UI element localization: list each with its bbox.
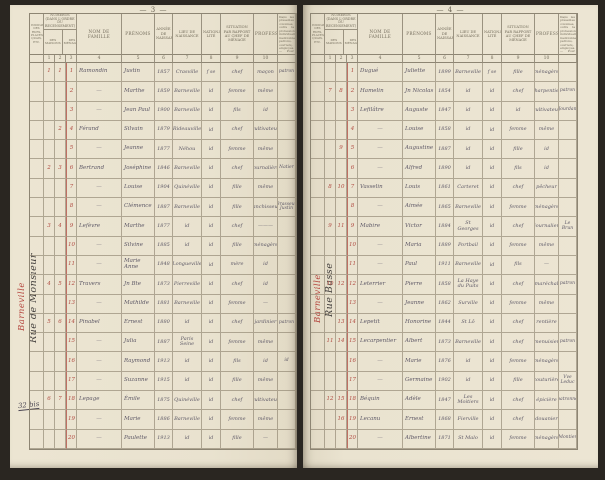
cell-prenoms: Paulette	[122, 430, 155, 449]
cell-nom: —	[358, 140, 403, 159]
header-cell-annee: Année de naissance	[436, 14, 454, 55]
cell-annee: 1877	[155, 217, 173, 236]
header-group-numeros-subcolumns: des maisonsdes ménagesdes individus	[44, 30, 76, 54]
cell-prenoms: Pierre	[403, 275, 436, 294]
cell-nom: —	[77, 333, 122, 352]
cell-profession: id	[254, 275, 278, 294]
cell-situation: femme	[221, 410, 254, 429]
cell-numero-maison	[44, 198, 55, 217]
cell-profession: même	[254, 82, 278, 101]
cell-observation	[278, 102, 296, 121]
cell-nationalite: id	[483, 237, 502, 256]
cell-numero-menage: 5	[55, 275, 66, 294]
column-index-4: 4	[358, 55, 403, 63]
cell-numero-menage	[55, 237, 66, 256]
column-index-6: 6	[155, 55, 173, 63]
cell-profession: ———	[254, 217, 278, 236]
cell-street	[311, 82, 325, 101]
cell-nom: —	[77, 237, 122, 256]
cell-nom: Leterrier	[358, 275, 403, 294]
cell-nom: Pinabel	[77, 314, 122, 333]
cell-profession: id	[535, 159, 559, 178]
cell-nationalite: id	[483, 410, 502, 429]
cell-observation	[559, 140, 577, 159]
cell-lieu: Fierville	[454, 410, 483, 429]
cell-lieu: id	[173, 237, 202, 256]
cell-numero-maison	[325, 198, 336, 217]
cell-profession: menuisier	[535, 333, 559, 352]
header-sub-menages: des ménages	[63, 30, 77, 54]
header-sub-maisons: des maisons	[44, 30, 63, 54]
cell-situation: chef	[502, 275, 535, 294]
cell-lieu: id	[173, 430, 202, 449]
cell-annee: 1861	[436, 179, 454, 198]
column-index-10: 10	[535, 55, 559, 63]
column-index-7: 7	[173, 55, 202, 63]
header-cell-lieu: Lieu de naissance	[173, 14, 202, 55]
cell-numero-menage	[55, 82, 66, 101]
cell-annee: 1873	[436, 333, 454, 352]
cell-numero-menage	[336, 121, 347, 140]
column-index-0	[30, 55, 44, 63]
cell-annee: 1884	[436, 217, 454, 236]
cell-numero-individu: 7	[66, 179, 77, 198]
cell-street	[311, 179, 325, 198]
cell-lieu: Crasville	[173, 63, 202, 82]
cell-situation: femme	[502, 430, 535, 449]
cell-profession: cultivateur	[254, 391, 278, 410]
cell-lieu: St Lô	[454, 314, 483, 333]
cell-observation: Le Brun	[559, 217, 577, 236]
cell-profession: même	[535, 121, 559, 140]
cell-lieu: Néhou	[173, 140, 202, 159]
cell-lieu: Barneville	[173, 295, 202, 314]
cell-numero-individu: 10	[347, 237, 358, 256]
cell-nationalite: id	[202, 82, 221, 101]
cell-numero-maison	[325, 256, 336, 275]
cell-numero-menage: 15	[336, 391, 347, 410]
cell-prenoms: Marie	[403, 352, 436, 371]
cell-situation: chef	[502, 179, 535, 198]
cell-annee: 1873	[155, 275, 173, 294]
cell-annee: 1858	[436, 275, 454, 294]
cell-situation: fils	[502, 159, 535, 178]
cell-annee: 1879	[155, 121, 173, 140]
cell-numero-menage: 3	[55, 159, 66, 178]
cell-numero-menage: 14	[336, 333, 347, 352]
cell-numero-menage	[336, 198, 347, 217]
table-header-row: Indication des rues, places, quais, etc.…	[30, 14, 296, 55]
cell-nationalite: id	[202, 391, 221, 410]
cell-situation: femme	[221, 82, 254, 101]
cell-observation	[278, 237, 296, 256]
cell-lieu: Rideauville	[173, 121, 202, 140]
cell-profession: même	[254, 179, 278, 198]
cell-numero-menage: 2	[55, 121, 66, 140]
cell-numero-maison	[44, 430, 55, 449]
cell-observation: patron	[278, 314, 296, 333]
cell-nationalite: id	[483, 275, 502, 294]
header-sub-maisons: des maisons	[325, 30, 344, 54]
cell-numero-maison	[325, 410, 336, 429]
scanned-census-register-spread: — 3 — Barneville Rue de Monsieur 32 bis …	[0, 0, 605, 480]
header-cell-observations: Dans les présentes colonnes, outre la pr…	[559, 14, 577, 55]
cell-observation	[559, 198, 577, 217]
cell-profession: maréchal	[535, 275, 559, 294]
commune-handwritten-label: Barneville	[17, 282, 27, 331]
cell-observation	[278, 333, 296, 352]
cell-situation: femme	[502, 237, 535, 256]
cell-numero-individu: 19	[347, 410, 358, 429]
cell-observation	[559, 410, 577, 429]
cell-profession: journalier	[535, 217, 559, 236]
cell-profession: cultivateur	[254, 121, 278, 140]
cell-prenoms: Victor	[403, 217, 436, 236]
cell-lieu: Surville	[454, 295, 483, 314]
cell-street	[311, 430, 325, 449]
cell-profession: blanchisseuse	[254, 198, 278, 217]
cell-observation	[559, 237, 577, 256]
cell-numero-individu: 3	[347, 102, 358, 121]
header-cell-nom: NOM de famille	[358, 14, 403, 55]
cell-prenoms: Germaine	[403, 372, 436, 391]
cell-observation	[278, 179, 296, 198]
cell-situation: chef	[502, 82, 535, 101]
cell-nationalite: id	[202, 275, 221, 294]
cell-numero-individu: 6	[66, 159, 77, 178]
cell-lieu: St Georges	[454, 217, 483, 236]
cell-nationalite: id	[483, 333, 502, 352]
cell-numero-individu: 1	[66, 63, 77, 82]
cell-prenoms: Julia	[122, 333, 155, 352]
cell-numero-maison	[44, 333, 55, 352]
cell-street	[311, 256, 325, 275]
cell-numero-individu: 9	[347, 217, 358, 236]
cell-numero-maison: 1	[44, 63, 55, 82]
cell-observation	[278, 82, 296, 101]
column-index-11	[278, 55, 296, 63]
header-cell-observations: Dans les présentes colonnes, outre la pr…	[278, 14, 296, 55]
cell-observation: patron	[559, 275, 577, 294]
column-index-5: 5	[122, 55, 155, 63]
cell-nationalite: f se	[202, 63, 221, 82]
cell-street	[311, 237, 325, 256]
cell-numero-maison	[325, 295, 336, 314]
cell-nom: Dugué	[358, 63, 403, 82]
cell-profession: —	[254, 430, 278, 449]
column-index-1: 1	[44, 55, 55, 63]
cell-situation: mère	[221, 256, 254, 275]
cell-profession: ménagère	[535, 352, 559, 371]
cell-annee: 1857	[155, 63, 173, 82]
cell-lieu: Les Moitiers	[454, 391, 483, 410]
cell-numero-individu: 16	[347, 352, 358, 371]
cell-observation	[278, 430, 296, 449]
cell-numero-maison: 12	[325, 391, 336, 410]
cell-prenoms: Silvain	[122, 121, 155, 140]
cell-annee: 1868	[436, 410, 454, 429]
cell-annee: 1887	[155, 198, 173, 217]
cell-observation: Montier	[559, 430, 577, 449]
cell-nom: Béquin	[358, 391, 403, 410]
cell-street	[311, 275, 325, 294]
cell-numero-menage	[55, 333, 66, 352]
census-page-left: — 3 — Barneville Rue de Monsieur 32 bis …	[10, 5, 297, 468]
cell-nom: —	[358, 256, 403, 275]
cell-numero-individu: 8	[347, 198, 358, 217]
cell-prenoms: Marie	[122, 410, 155, 429]
cell-situation: fils	[502, 256, 535, 275]
cell-situation: fille	[502, 140, 535, 159]
cell-nom: —	[77, 82, 122, 101]
cell-nom: Férand	[77, 121, 122, 140]
cell-annee: 1886	[155, 410, 173, 429]
header-group-numeros: Numéros (dans l'ordre du recensement)des…	[44, 14, 77, 55]
cell-annee: 1889	[436, 237, 454, 256]
cell-numero-individu: 5	[347, 140, 358, 159]
cell-street	[311, 217, 325, 236]
cell-observation: patron	[559, 333, 577, 352]
cell-lieu: St Malo	[454, 430, 483, 449]
header-cell-situation: Situation par rapport au chef de ménage	[221, 14, 254, 55]
cell-annee: 1877	[155, 140, 173, 159]
column-index-3: 3	[347, 55, 358, 63]
header-group-numeros-subcolumns: des maisonsdes ménagesdes individus	[325, 30, 357, 54]
cell-numero-menage	[55, 410, 66, 429]
column-index-9: 9	[502, 55, 535, 63]
cell-prenoms: Honorine	[403, 314, 436, 333]
cell-nationalite: id	[483, 352, 502, 371]
cell-situation: femme	[221, 333, 254, 352]
cell-lieu: id	[454, 82, 483, 101]
cell-lieu: id	[173, 352, 202, 371]
cell-lieu: Barneville	[173, 159, 202, 178]
cell-numero-individu: 2	[347, 82, 358, 101]
cell-street	[311, 102, 325, 121]
cell-nom: —	[358, 198, 403, 217]
cell-numero-maison	[44, 237, 55, 256]
cell-prenoms: Marie Anne	[122, 256, 155, 275]
cell-situation: chef	[502, 217, 535, 236]
cell-lieu: id	[454, 102, 483, 121]
cell-situation: femme	[502, 121, 535, 140]
cell-street	[311, 295, 325, 314]
cell-numero-maison	[325, 102, 336, 121]
cell-observation	[559, 295, 577, 314]
cell-lieu: Barneville	[454, 63, 483, 82]
cell-profession: même	[254, 410, 278, 429]
cell-observation: patron	[559, 82, 577, 101]
cell-annee: 1915	[155, 372, 173, 391]
cell-prenoms: Suzanne	[122, 372, 155, 391]
cell-numero-menage: 12	[336, 275, 347, 294]
cell-numero-maison: 4	[44, 275, 55, 294]
cell-numero-maison: 10	[325, 275, 336, 294]
cell-nationalite: id	[483, 256, 502, 275]
cell-prenoms: Jeanne	[122, 140, 155, 159]
cell-nom: —	[358, 159, 403, 178]
cell-nom: —	[77, 372, 122, 391]
cell-lieu: id	[173, 217, 202, 236]
column-index-5: 5	[403, 55, 436, 63]
cell-numero-individu: 13	[347, 295, 358, 314]
cell-nationalite: id	[483, 198, 502, 217]
cell-numero-maison	[44, 82, 55, 101]
header-group-numeros: Numéros (dans l'ordre du recensement)des…	[325, 14, 358, 55]
cell-profession: id	[254, 256, 278, 275]
cell-profession: ménagère	[535, 63, 559, 82]
column-index-9: 9	[221, 55, 254, 63]
cell-numero-individu: 7	[347, 179, 358, 198]
cell-numero-maison: 3	[44, 217, 55, 236]
cell-numero-menage	[55, 198, 66, 217]
cell-nationalite: id	[202, 410, 221, 429]
header-cell-prenoms: Prénoms	[122, 14, 155, 55]
cell-nom: Lecarpentier	[358, 333, 403, 352]
cell-prenoms: Albertine	[403, 430, 436, 449]
cell-numero-individu: 1	[347, 63, 358, 82]
column-index-3: 3	[66, 55, 77, 63]
cell-observation	[278, 391, 296, 410]
cell-observation: patronne	[559, 391, 577, 410]
cell-numero-menage	[55, 140, 66, 159]
cell-profession: id	[254, 102, 278, 121]
cell-street	[311, 63, 325, 82]
cell-annee: 1913	[155, 430, 173, 449]
cell-numero-individu: 2	[66, 82, 77, 101]
cell-lieu: Barneville	[173, 198, 202, 217]
cell-numero-menage	[336, 372, 347, 391]
cell-numero-menage	[55, 352, 66, 371]
cell-situation: fille	[221, 179, 254, 198]
cell-annee: 1899	[436, 63, 454, 82]
cell-street	[30, 63, 44, 82]
cell-nom: —	[77, 256, 122, 275]
cell-numero-individu: 15	[66, 333, 77, 352]
cell-situation: chef	[502, 333, 535, 352]
cell-nom: —	[77, 102, 122, 121]
cell-nom: —	[77, 295, 122, 314]
cell-nationalite: id	[483, 372, 502, 391]
cell-numero-individu: 17	[347, 372, 358, 391]
cell-street	[30, 333, 44, 352]
cell-numero-menage: 1	[55, 63, 66, 82]
cell-numero-maison	[44, 102, 55, 121]
cell-annee: 1890	[436, 159, 454, 178]
cell-nom: Lefilâtre	[358, 102, 403, 121]
cell-numero-individu: 15	[347, 333, 358, 352]
cell-profession: —	[535, 256, 559, 275]
census-table: Indication des rues, places, quais, etc.…	[310, 13, 578, 450]
cell-annee: 1871	[436, 430, 454, 449]
cell-lieu: Barneville	[454, 333, 483, 352]
cell-street	[30, 217, 44, 236]
cell-situation: chef	[221, 217, 254, 236]
cell-numero-maison: 9	[325, 217, 336, 236]
cell-nationalite: id	[483, 217, 502, 236]
cell-numero-maison	[44, 121, 55, 140]
cell-street	[30, 314, 44, 333]
cell-annee: 1875	[155, 391, 173, 410]
cell-profession: même	[254, 372, 278, 391]
header-cell-prenoms: Prénoms	[403, 14, 436, 55]
cell-numero-maison	[44, 179, 55, 198]
cell-nationalite: id	[202, 237, 221, 256]
cell-nationalite: id	[202, 352, 221, 371]
cell-numero-maison	[325, 430, 336, 449]
cell-lieu: id	[454, 372, 483, 391]
cell-numero-menage: 11	[336, 217, 347, 236]
cell-prenoms: Aimée	[403, 198, 436, 217]
cell-nom: Lecanu	[358, 410, 403, 429]
cell-prenoms: Silvine	[122, 237, 155, 256]
cell-street	[30, 198, 44, 217]
cell-profession: douanier	[535, 410, 559, 429]
cell-nom: —	[77, 410, 122, 429]
cell-situation: femme	[502, 352, 535, 371]
cell-numero-individu: 14	[66, 314, 77, 333]
cell-prenoms: Jn Bte	[122, 275, 155, 294]
cell-situation: fille	[502, 372, 535, 391]
cell-nationalite: id	[202, 217, 221, 236]
cell-numero-menage	[55, 179, 66, 198]
header-cell-nationalite: Nationa­lité	[483, 14, 502, 55]
cell-nationalite: id	[202, 295, 221, 314]
cell-lieu: Barneville	[454, 198, 483, 217]
cell-numero-maison: 5	[44, 314, 55, 333]
cell-numero-maison	[44, 295, 55, 314]
cell-profession: épicière	[535, 391, 559, 410]
cell-numero-individu: 12	[347, 275, 358, 294]
cell-numero-menage	[55, 295, 66, 314]
cell-lieu: id	[173, 372, 202, 391]
cell-numero-maison	[44, 372, 55, 391]
cell-observation	[278, 256, 296, 275]
cell-profession: charpentier	[535, 82, 559, 101]
cell-situation: fils	[221, 102, 254, 121]
cell-street	[30, 256, 44, 275]
cell-annee: 1887	[436, 140, 454, 159]
cell-numero-individu: 14	[347, 314, 358, 333]
cell-observation	[278, 121, 296, 140]
cell-prenoms: Albert	[403, 333, 436, 352]
cell-profession: ménagère	[254, 237, 278, 256]
cell-observation	[559, 352, 577, 371]
cell-observation	[278, 410, 296, 429]
cell-annee: 1885	[155, 237, 173, 256]
cell-numero-maison: 11	[325, 333, 336, 352]
column-index-8: 8	[483, 55, 502, 63]
cell-situation: id	[502, 102, 535, 121]
header-cell-profession: Profession	[254, 14, 278, 55]
cell-numero-maison	[44, 410, 55, 429]
cell-street	[30, 295, 44, 314]
cell-annee: 1846	[155, 159, 173, 178]
cell-nationalite: id	[483, 159, 502, 178]
cell-prenoms: Jn Nicolas	[403, 82, 436, 101]
cell-nationalite: id	[483, 391, 502, 410]
cell-street	[311, 159, 325, 178]
cell-annee: 1859	[155, 82, 173, 101]
cell-nom: Bertrand	[77, 159, 122, 178]
cell-nom: Vasselin	[358, 179, 403, 198]
cell-street	[30, 102, 44, 121]
cell-numero-menage	[336, 159, 347, 178]
cell-numero-menage	[336, 63, 347, 82]
cell-profession: même	[535, 295, 559, 314]
cell-numero-menage: 8	[336, 82, 347, 101]
cell-nom: —	[77, 352, 122, 371]
